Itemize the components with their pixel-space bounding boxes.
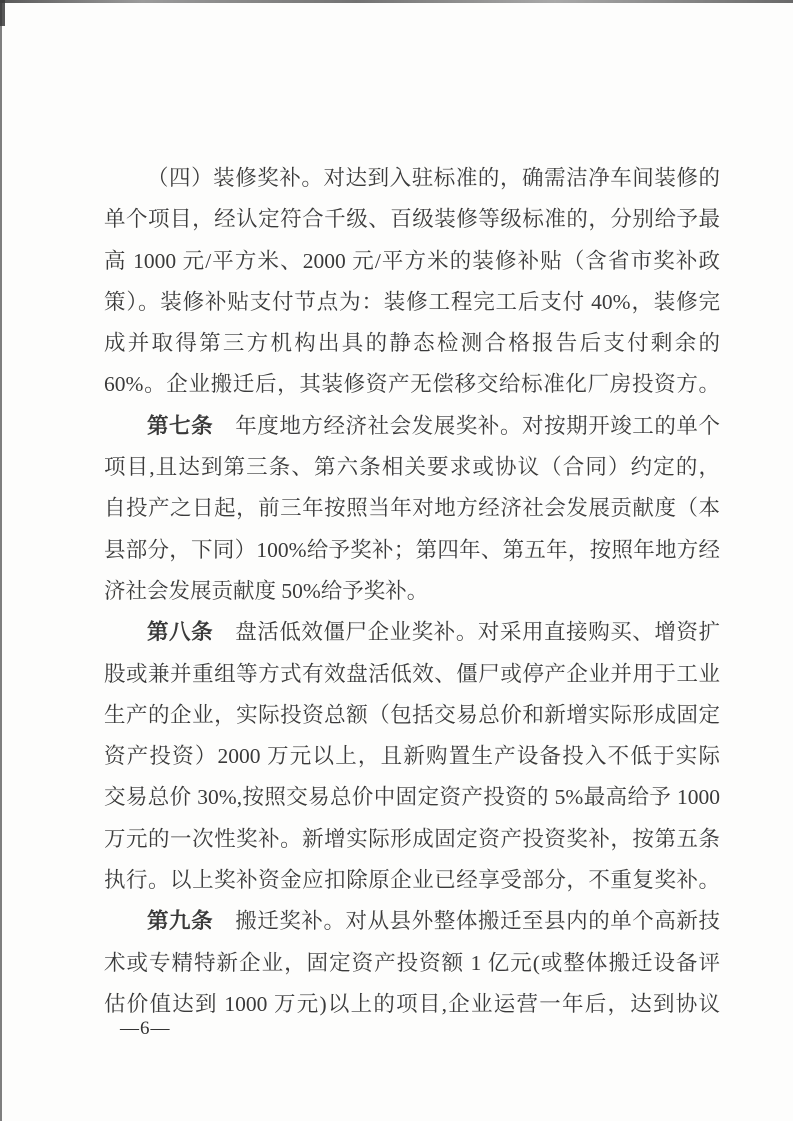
text-line: 济社会发展贡献度 50%给予奖补。 bbox=[104, 571, 720, 612]
text-line: 股或兼并重组等方式有效盘活低效、僵尸或停产企业并用于工业 bbox=[104, 654, 720, 695]
text-line: 项目,且达到第三条、第六条相关要求或协议（合同）约定的， bbox=[104, 447, 720, 488]
text-line: 策）。装修补贴支付节点为：装修工程完工后支付 40%，装修完 bbox=[104, 282, 720, 323]
scan-left-edge-artifact bbox=[0, 0, 2, 1121]
text-segment: 股或兼并重组等方式有效盘活低效、僵尸或停产企业并用于工业 bbox=[104, 662, 720, 686]
text-segment: 成并取得第三方机构出具的静态检测合格报告后支付剩余的 bbox=[104, 331, 720, 355]
text-line: （四）装修奖补。对达到入驻标准的，确需洁净车间装修的 bbox=[104, 158, 720, 199]
article-heading: 第七条 bbox=[147, 414, 213, 438]
text-segment: 高 1000 元/平方米、2000 元/平方米的装修补贴（含省市奖补政 bbox=[104, 249, 720, 273]
article-heading: 第九条 bbox=[147, 909, 213, 933]
text-line: 县部分，下同）100%给予奖补；第四年、第五年，按照年地方经 bbox=[104, 530, 720, 571]
scan-top-edge-artifact bbox=[0, 0, 793, 3]
text-segment: 策）。装修补贴支付节点为：装修工程完工后支付 40%，装修完 bbox=[104, 290, 720, 314]
text-segment: （四）装修奖补。对达到入驻标准的，确需洁净车间装修的 bbox=[147, 166, 720, 190]
text-segment: 60%。企业搬迁后，其装修资产无偿移交给标准化厂房投资方。 bbox=[104, 372, 720, 396]
text-line: 高 1000 元/平方米、2000 元/平方米的装修补贴（含省市奖补政 bbox=[104, 241, 720, 282]
text-segment: 生产的企业，实际投资总额（包括交易总价和新增实际形成固定 bbox=[104, 703, 720, 727]
text-segment: 自投产之日起，前三年按照当年对地方经济社会发展贡献度（本 bbox=[104, 496, 720, 520]
text-segment: 执行。以上奖补资金应扣除原企业已经享受部分，不重复奖补。 bbox=[104, 868, 720, 892]
text-segment: 盘活低效僵尸企业奖补。对采用直接购买、增资扩 bbox=[213, 620, 720, 644]
text-line: 第九条 搬迁奖补。对从县外整体搬迁至县内的单个高新技 bbox=[104, 901, 720, 942]
text-segment: 万元的一次性奖补。新增实际形成固定资产投资奖补，按第五条 bbox=[104, 827, 720, 851]
scanned-document-page: （四）装修奖补。对达到入驻标准的，确需洁净车间装修的单个项目，经认定符合千级、百… bbox=[0, 0, 793, 1121]
text-segment: 估价值达到 1000 万元)以上的项目,企业运营一年后，达到协议 bbox=[104, 992, 720, 1016]
text-segment: 术或专精特新企业，固定资产投资额 1 亿元(或整体搬迁设备评 bbox=[104, 951, 720, 975]
article-heading: 第八条 bbox=[147, 620, 213, 644]
text-line: 单个项目，经认定符合千级、百级装修等级标准的，分别给予最 bbox=[104, 199, 720, 240]
text-segment: 县部分，下同）100%给予奖补；第四年、第五年，按照年地方经 bbox=[104, 538, 720, 562]
document-body: （四）装修奖补。对达到入驻标准的，确需洁净车间装修的单个项目，经认定符合千级、百… bbox=[104, 158, 720, 1025]
text-line: 估价值达到 1000 万元)以上的项目,企业运营一年后，达到协议 bbox=[104, 984, 720, 1025]
text-line: 交易总价 30%,按照交易总价中固定资产投资的 5%最高给予 1000 bbox=[104, 777, 720, 818]
text-segment: 资产投资）2000 万元以上，且新购置生产设备投入不低于实际 bbox=[104, 744, 720, 768]
page-number: —6— bbox=[120, 1018, 171, 1040]
text-line: 60%。企业搬迁后，其装修资产无偿移交给标准化厂房投资方。 bbox=[104, 364, 720, 405]
text-segment: 单个项目，经认定符合千级、百级装修等级标准的，分别给予最 bbox=[104, 207, 720, 231]
text-line: 执行。以上奖补资金应扣除原企业已经享受部分，不重复奖补。 bbox=[104, 860, 720, 901]
text-line: 万元的一次性奖补。新增实际形成固定资产投资奖补，按第五条 bbox=[104, 819, 720, 860]
text-segment: 济社会发展贡献度 50%给予奖补。 bbox=[104, 579, 428, 603]
text-segment: 年度地方经济社会发展奖补。对按期开竣工的单个 bbox=[213, 414, 720, 438]
text-line: 第八条 盘活低效僵尸企业奖补。对采用直接购买、增资扩 bbox=[104, 612, 720, 653]
text-line: 成并取得第三方机构出具的静态检测合格报告后支付剩余的 bbox=[104, 323, 720, 364]
text-line: 第七条 年度地方经济社会发展奖补。对按期开竣工的单个 bbox=[104, 406, 720, 447]
text-segment: 项目,且达到第三条、第六条相关要求或协议（合同）约定的， bbox=[104, 455, 720, 479]
text-line: 资产投资）2000 万元以上，且新购置生产设备投入不低于实际 bbox=[104, 736, 720, 777]
text-line: 术或专精特新企业，固定资产投资额 1 亿元(或整体搬迁设备评 bbox=[104, 943, 720, 984]
text-segment: 搬迁奖补。对从县外整体搬迁至县内的单个高新技 bbox=[213, 909, 720, 933]
scan-corner-mark bbox=[0, 0, 5, 26]
text-line: 自投产之日起，前三年按照当年对地方经济社会发展贡献度（本 bbox=[104, 488, 720, 529]
text-segment: 交易总价 30%,按照交易总价中固定资产投资的 5%最高给予 1000 bbox=[104, 785, 720, 809]
text-line: 生产的企业，实际投资总额（包括交易总价和新增实际形成固定 bbox=[104, 695, 720, 736]
